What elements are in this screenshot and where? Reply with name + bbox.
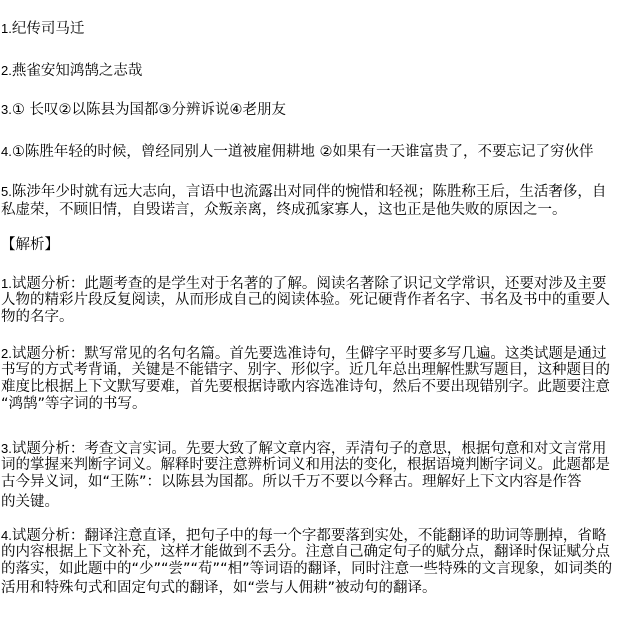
analysis-text: 古今异义词，如“王陈”：以陈县为国都。所以千万不要以今释古。理解好上下文内容是作… [1, 474, 629, 494]
answer-1: 1.纪传司马迁 [1, 20, 629, 38]
analysis-text: 试题分析：考查文言实词。先要大致了解文章内容，弄清句子的意思，根据句意和对文言常… [12, 441, 607, 457]
answer-number: 3. [1, 102, 12, 117]
answer-number: 5. [1, 184, 12, 199]
analysis-2: 2.试题分析：默写常见的名句名篇。首先要选准诗句，生僻字平时要多写几遍。这类试题… [1, 345, 629, 413]
analysis-text: 的内容根据上下文补充，这样才能做到不丢分。注意自己确定句子的赋分点，翻译时保证赋… [1, 544, 629, 561]
answer-number: 2. [1, 63, 12, 78]
analysis-text: 难度比根据上下文默写要难，首先要根据诗歌内容选准诗句，然后不要出现错别字。此题要… [1, 379, 629, 396]
analysis-number: 2. [1, 346, 12, 361]
analysis-heading: 【解析】 [1, 236, 629, 254]
analysis-number: 1. [1, 276, 12, 291]
answer-text: 燕雀安知鸿鹄之志哉 [12, 63, 143, 79]
answer-3: 3.① 长叹②以陈县为国都③分辨诉说④老朋友 [1, 101, 629, 119]
analysis-text: 物的名字。 [1, 309, 629, 326]
analysis-text: 试题分析：此题考查的是学生对于名著的了解。阅读名著除了识记文学常识，还要对涉及主… [12, 276, 607, 292]
answer-number: 1. [1, 21, 12, 36]
analysis-4: 4.试题分析：翻译注意直译，把句子中的每一个字都要落到实处，不能翻译的助词等删掉… [1, 527, 629, 597]
answer-5: 5.陈涉年少时就有远大志向，言语中也流露出对同伴的惋惜和轻视；陈胜称王后，生活奢… [1, 183, 629, 219]
analysis-1: 1.试题分析：此题考查的是学生对于名著的了解。阅读名著除了识记文学常识，还要对涉… [1, 275, 629, 326]
answer-text: 纪传司马迁 [12, 21, 85, 37]
analysis-text: 词的掌握来判断字词义。解释时要注意辨析词义和用法的变化，根据语境判断字词义。此题… [1, 457, 629, 474]
answer-text: 陈涉年少时就有远大志向，言语中也流露出对同伴的惋惜和轻视；陈胜称王后，生活奢侈，… [12, 184, 607, 200]
analysis-text: 的关键。 [1, 494, 629, 511]
analysis-number: 4. [1, 528, 12, 543]
analysis-number: 3. [1, 441, 12, 456]
answer-text: ① 长叹②以陈县为国都③分辨诉说④老朋友 [12, 102, 286, 118]
analysis-text: “鸿鹄”等字词的书写。 [1, 396, 629, 413]
analysis-text: 试题分析：翻译注意直译，把句子中的每一个字都要落到实处，不能翻译的助词等删掉，省… [12, 528, 607, 544]
analysis-text: 书写的方式考背诵，关键是不能错字、别字、形似字。近几年总出理解性默写题目，这种题… [1, 362, 629, 379]
analysis-text: 活用和特殊句式和固定句式的翻译，如“尝与人佣耕”被动句的翻译。 [1, 580, 629, 597]
answer-4: 4.①陈胜年轻的时候，曾经同别人一道被雇佣耕地 ②如果有一天谁富贵了，不要忘记了… [1, 143, 629, 161]
analysis-text: 试题分析：默写常见的名句名篇。首先要选准诗句，生僻字平时要多写几遍。这类试题是通… [12, 346, 607, 362]
analysis-text: 人物的精彩片段反复阅读，从而形成自己的阅读体验。死记硬背作者名字、书名及书中的重… [1, 292, 629, 309]
answer-number: 4. [1, 144, 12, 159]
analysis-3: 3.试题分析：考查文言实词。先要大致了解文章内容，弄清句子的意思，根据句意和对文… [1, 440, 629, 511]
answer-2: 2.燕雀安知鸿鹄之志哉 [1, 62, 629, 80]
answer-text: ①陈胜年轻的时候，曾经同别人一道被雇佣耕地 ②如果有一天谁富贵了，不要忘记了穷伙… [12, 144, 594, 160]
answer-text: 私虚荣，不顾旧情，自毁诺言，众叛亲离，终成孤家寡人，这也正是他失败的原因之一。 [1, 201, 629, 219]
analysis-text: 的落实，如此题中的“少”“尝”“苟”“相”等词语的翻译，同时注意一些特殊的文言现… [1, 561, 629, 580]
